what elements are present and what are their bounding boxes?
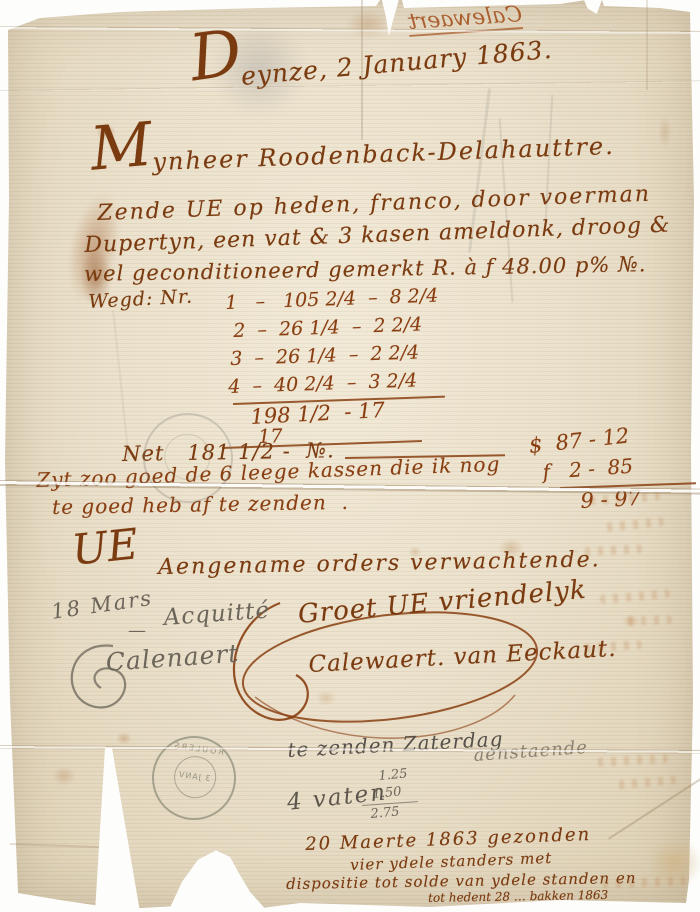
ps-line-2: te goed heb af te zenden . [52,492,349,517]
amount-second: f 2 - 85 [542,456,634,482]
bottom-note-3: tot hedent 28 … bakken 1863 [428,889,608,904]
weights-label: Wegd: Nr. [88,288,194,312]
dateline-initial: D [186,21,246,92]
amount-total: 9 - 97 [580,488,642,512]
closing-initials: UE [70,523,140,572]
figure-3: 2.75 [370,805,400,820]
letter-scan: Calewaert D eynze, 2 January 1863. M ynh… [0,0,700,912]
salutation-initial: M [88,115,154,180]
